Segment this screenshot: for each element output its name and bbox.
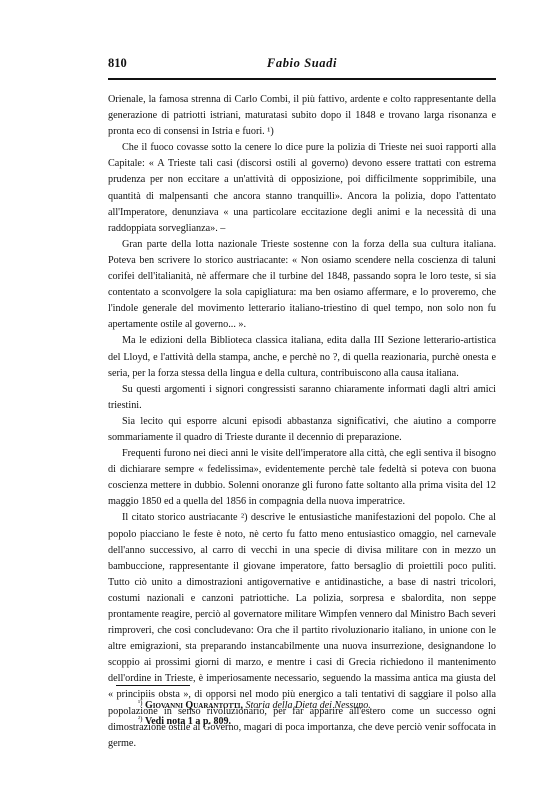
footnote-1: ¹) Giovanni Quarantotti, Storia della Di… <box>138 697 371 713</box>
footnote-marker: ²) <box>138 715 142 723</box>
footnotes: ¹) Giovanni Quarantotti, Storia della Di… <box>138 697 371 728</box>
paragraph: Ma le edizioni della Biblioteca classica… <box>108 333 496 381</box>
paragraph: Orienale, la famosa strenna di Carlo Com… <box>108 92 496 140</box>
paragraph: Frequenti furono nei dieci anni le visit… <box>108 446 496 510</box>
paragraph: Su questi argomenti i signori congressis… <box>108 382 496 414</box>
footnote-text: Vedi nota 1 a p. 809. <box>145 716 231 727</box>
paragraph: Che il fuoco covasse sotto la cenere lo … <box>108 140 496 237</box>
paragraph: Gran parte della lotta nazionale Trieste… <box>108 237 496 334</box>
body-text: Orienale, la famosa strenna di Carlo Com… <box>108 92 496 752</box>
footnote-title: Storia della Dieta dei Nessuno. <box>246 700 371 711</box>
footnote-author: Giovanni Quarantotti, <box>145 700 243 711</box>
paragraph: Sia lecito qui esporre alcuni episodi ab… <box>108 414 496 446</box>
header-rule <box>108 78 496 80</box>
running-title: Fabio Suadi <box>108 56 496 71</box>
footnote-2: ²) Vedi nota 1 a p. 809. <box>138 713 371 729</box>
footnote-marker: ¹) <box>138 699 142 707</box>
running-head: 810 Fabio Suadi <box>108 56 496 74</box>
footnote-rule <box>116 685 190 686</box>
